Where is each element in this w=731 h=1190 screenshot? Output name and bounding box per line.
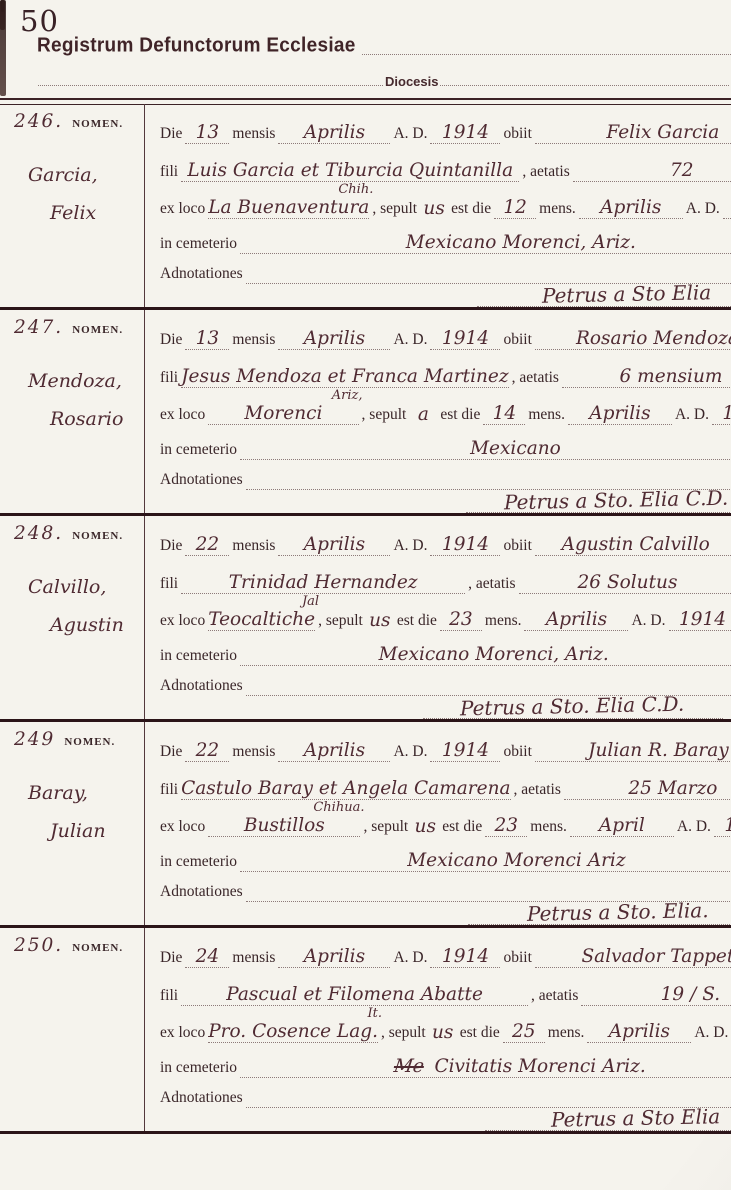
deceased-name-value: Rosario Mendoza [535, 328, 731, 350]
parents-value: Trinidad Hernandez [181, 572, 465, 594]
burial-month-value: Aprilis [524, 609, 628, 631]
ad-label: A. D. [674, 817, 714, 837]
burial-day-value: 12 [494, 197, 536, 219]
est-die-label: est die [437, 405, 483, 425]
sepult-label: , sepult [360, 817, 411, 837]
die-label: Die [157, 536, 185, 556]
entry-margin-column: 247. NOMEN. Mendoza, Rosario [0, 310, 145, 513]
title-blank-line [362, 53, 731, 55]
burial-month-value: Aprilis [587, 1021, 691, 1043]
ad-label: A. D. [390, 948, 430, 968]
entry-form-column: Die 24 mensis Aprilis A. D. 1914 obiit S… [145, 928, 731, 1131]
margin-name: Calvillo, Agustin [0, 568, 144, 644]
place-of-origin-superscript: Jal [302, 595, 319, 608]
in-cemeterio-label: in cemeterio [157, 646, 240, 666]
death-year-value: 1914 [430, 946, 500, 968]
mens-label: mens. [527, 817, 570, 837]
die-label: Die [157, 330, 185, 350]
death-date-line: Die 22 mensis Aprilis A. D. 1914 obiit A… [157, 524, 731, 556]
place-of-origin-value: Pro. Cosence Lag. It. [208, 1021, 378, 1043]
ex-loco-label: ex loco [157, 199, 208, 219]
signature-line: Petrus a Sto. Elia C.D. [157, 490, 731, 513]
sepult-label: , sepult [359, 405, 410, 425]
entry-margin-column: 246. NOMEN. Garcia, Felix [0, 104, 145, 307]
parents-line: fili Jesus Mendoza et Franca Martinez , … [157, 350, 731, 387]
place-of-origin-text: Bustillos [244, 815, 325, 836]
ad-label: A. D. [683, 199, 723, 219]
ex-loco-label: ex loco [157, 1023, 208, 1043]
margin-name: Garcia, Felix [0, 156, 144, 232]
nomen-row: 246. NOMEN. [0, 111, 144, 132]
place-of-origin-superscript: It. [367, 1007, 382, 1020]
ex-loco-label: ex loco [157, 611, 208, 631]
death-month-value: Aprilis [278, 946, 390, 968]
entry-form-column: Die 13 mensis Aprilis A. D. 1914 obiit F… [145, 104, 731, 307]
nomen-row: 249 NOMEN. [0, 729, 144, 750]
entry-margin-column: 250. NOMEN. [0, 928, 145, 1131]
ad-label: A. D. [691, 1023, 731, 1043]
burial-line: ex loco Pro. Cosence Lag. It. , sepult u… [157, 1006, 731, 1043]
deceased-name-value: Julian R. Baray [535, 740, 731, 762]
burial-year-value: 1914 [712, 403, 731, 425]
fili-label: fili [157, 780, 181, 800]
burial-month-value: Aprilis [579, 197, 683, 219]
adnotationes-line: Adnotationes [157, 254, 731, 284]
diocesis-row: Diocesis [38, 74, 729, 89]
signature-blank: Petrus a Sto Elia [485, 1108, 731, 1131]
nomen-label: NOMEN. [72, 942, 123, 954]
sepult-ending-value: us [411, 816, 439, 837]
age-value: 25 Marzo [564, 778, 731, 800]
scan-artifact [2, 0, 4, 8]
diocesis-label: Diocesis [385, 74, 438, 89]
mensis-label: mensis [229, 124, 278, 144]
entry-number: 250. [14, 935, 63, 956]
cemetery-value: Mexicano [240, 438, 731, 460]
signature-blank: Petrus a Sto Elia [477, 284, 731, 307]
burial-day-value: 25 [503, 1021, 545, 1043]
place-of-origin-text: Morenci [244, 403, 322, 424]
adnotationes-label: Adnotationes [157, 676, 246, 696]
signature-line: Petrus a Sto. Elia. [157, 902, 731, 925]
death-month-value: Aprilis [278, 122, 390, 144]
obiit-label: obiit [500, 536, 534, 556]
adnotationes-label: Adnotationes [157, 264, 246, 284]
parents-value: Castulo Baray et Angela Camarena [181, 778, 510, 800]
parents-line: fili Castulo Baray et Angela Camarena , … [157, 762, 731, 799]
sepult-ending-value: us [366, 610, 394, 631]
sepult-label: , sepult [378, 1023, 429, 1043]
parents-value: Jesus Mendoza et Franca Martinez [181, 366, 509, 388]
die-label: Die [157, 742, 185, 762]
margin-firstname: Rosario [0, 400, 144, 438]
age-value: 72 [573, 160, 731, 182]
aetatis-label: , aetatis [511, 780, 564, 800]
adnotationes-label: Adnotationes [157, 882, 246, 902]
nomen-label: NOMEN. [72, 324, 123, 336]
death-year-value: 1914 [430, 328, 500, 350]
death-date-line: Die 24 mensis Aprilis A. D. 1914 obiit S… [157, 936, 731, 968]
signature-line: Petrus a Sto Elia [157, 284, 731, 307]
entry-margin-column: 249 NOMEN. Baray, Julian [0, 722, 145, 925]
death-month-value: Aprilis [278, 328, 390, 350]
death-day-value: 13 [185, 328, 229, 350]
burial-day-value: 23 [485, 815, 527, 837]
mens-label: mens. [482, 611, 525, 631]
death-month-value: Aprilis [278, 534, 390, 556]
signature-blank: Petrus a Sto. Elia C.D. [423, 696, 723, 719]
in-cemeterio-label: in cemeterio [157, 234, 240, 254]
sepult-label: , sepult [369, 199, 420, 219]
margin-surname: Calvillo, [0, 568, 144, 606]
margin-firstname: Agustin [0, 606, 144, 644]
cemetery-text: Mexicano Morenci Ariz [407, 850, 625, 871]
est-die-label: est die [457, 1023, 503, 1043]
parents-value: Pascual et Filomena Abatte [181, 984, 528, 1006]
parents-value: Luis Garcia et Tiburcia Quintanilla [181, 160, 519, 182]
nomen-row: 247. NOMEN. [0, 317, 144, 338]
margin-name: Mendoza, Rosario [0, 362, 144, 438]
nomen-row: 248. NOMEN. [0, 523, 144, 544]
in-cemeterio-label: in cemeterio [157, 852, 240, 872]
register-entry: 246. NOMEN. Garcia, Felix Die 13 mensis … [0, 104, 731, 310]
place-of-origin-value: Bustillos Chihua. [208, 815, 360, 837]
ad-label: A. D. [390, 330, 430, 350]
fili-label: fili [157, 574, 181, 594]
register-entry: 249 NOMEN. Baray, Julian Die 22 mensis A… [0, 722, 731, 928]
burial-month-value: Aprilis [568, 403, 672, 425]
adnotationes-line: Adnotationes [157, 872, 731, 902]
cemetery-text: Civitatis Morenci Ariz. [434, 1056, 645, 1077]
death-year-value: 1914 [430, 740, 500, 762]
place-of-origin-value: La Buenaventura Chih. [208, 197, 369, 219]
entry-form-column: Die 13 mensis Aprilis A. D. 1914 obiit R… [145, 310, 731, 513]
ad-label: A. D. [390, 536, 430, 556]
burial-line: ex loco Teocaltiche Jal , sepult us est … [157, 594, 731, 631]
entry-form-column: Die 22 mensis Aprilis A. D. 1914 obiit J… [145, 722, 731, 925]
priest-signature: Petrus a Sto Elia [542, 282, 712, 308]
fili-label: fili [157, 162, 181, 182]
cemetery-line: in cemeterio Mexicano Morenci, Ariz. [157, 219, 731, 254]
diocesis-blank-right [440, 84, 729, 86]
mensis-label: mensis [229, 948, 278, 968]
signature-line: Petrus a Sto Elia [157, 1108, 731, 1131]
death-day-value: 22 [185, 534, 229, 556]
entries: 246. NOMEN. Garcia, Felix Die 13 mensis … [0, 104, 731, 1134]
burial-line: ex loco Morenci Ariz, , sepult a est die… [157, 388, 731, 425]
deceased-name-value: Felix Garcia [535, 122, 731, 144]
deceased-name-value: Salvador Tappetta [535, 946, 731, 968]
obiit-label: obiit [500, 742, 534, 762]
sepult-ending-value: us [420, 198, 448, 219]
register-entry: 248. NOMEN. Calvillo, Agustin Die 22 men… [0, 516, 731, 722]
parents-line: fili Trinidad Hernandez , aetatis 26 Sol… [157, 556, 731, 593]
death-year-value: 1914 [430, 534, 500, 556]
margin-surname: Garcia, [0, 156, 144, 194]
signature-line: Petrus a Sto. Elia C.D. [157, 696, 731, 719]
page-title: Registrum Defunctorum Ecclesiae [37, 34, 356, 58]
est-die-label: est die [394, 611, 440, 631]
priest-signature: Petrus a Sto. Elia C.D. [460, 694, 685, 721]
cemetery-value: Mexicano Morenci Ariz [240, 850, 731, 872]
death-month-value: Aprilis [278, 740, 390, 762]
register-entry: 250. NOMEN. Die 24 mensis Aprilis A. D. … [0, 928, 731, 1134]
age-value: 26 Solutus [519, 572, 731, 594]
burial-line: ex loco Bustillos Chihua. , sepult us es… [157, 800, 731, 837]
age-value: 19 / S. [581, 984, 731, 1006]
death-day-value: 13 [185, 122, 229, 144]
cemetery-strikethrough-text: Me [392, 1056, 425, 1077]
die-label: Die [157, 948, 185, 968]
place-of-origin-value: Teocaltiche Jal [208, 609, 315, 631]
signature-blank: Petrus a Sto. Elia C.D. [466, 490, 731, 513]
in-cemeterio-label: in cemeterio [157, 440, 240, 460]
parents-line: fili Pascual et Filomena Abatte , aetati… [157, 968, 731, 1005]
margin-surname: Mendoza, [0, 362, 144, 400]
cemetery-value: Mexicano Morenci, Ariz. [240, 644, 731, 666]
mens-label: mens. [545, 1023, 588, 1043]
burial-year-value: 1914 [714, 815, 731, 837]
page-number: 50 [20, 4, 59, 38]
diocesis-blank-left [38, 84, 383, 86]
death-date-line: Die 13 mensis Aprilis A. D. 1914 obiit R… [157, 318, 731, 350]
cemetery-line: in cemeterio Me Civitatis Morenci Ariz. [157, 1043, 731, 1078]
priest-signature: Petrus a Sto. Elia. [527, 900, 709, 926]
register-scan-page: 50 Registrum Defunctorum Ecclesiae Dioce… [0, 0, 731, 1190]
death-year-value: 1914 [430, 122, 500, 144]
adnotationes-label: Adnotationes [157, 1088, 246, 1108]
adnotationes-line: Adnotationes [157, 460, 731, 490]
entry-number: 249 [14, 729, 55, 750]
cemetery-line: in cemeterio Mexicano Morenci Ariz [157, 837, 731, 872]
place-of-origin-text: La Buenaventura [208, 197, 369, 218]
signature-blank: Petrus a Sto. Elia. [468, 902, 731, 925]
adnotationes-label: Adnotationes [157, 470, 246, 490]
scan-artifact [0, 0, 6, 96]
place-of-origin-superscript: Chih. [338, 183, 373, 196]
burial-month-value: April [570, 815, 674, 837]
cemetery-line: in cemeterio Mexicano Morenci, Ariz. [157, 631, 731, 666]
mens-label: mens. [525, 405, 568, 425]
burial-year-value: 1914 [723, 197, 731, 219]
burial-day-value: 23 [440, 609, 482, 631]
register-entry: 247. NOMEN. Mendoza, Rosario Die 13 mens… [0, 310, 731, 516]
place-of-origin-superscript: Chihua. [313, 801, 364, 814]
ad-label: A. D. [672, 405, 712, 425]
sepult-ending-value: a [409, 404, 437, 425]
obiit-label: obiit [500, 124, 534, 144]
est-die-label: est die [448, 199, 494, 219]
in-cemeterio-label: in cemeterio [157, 1058, 240, 1078]
adnotationes-line: Adnotationes [157, 1078, 731, 1108]
aetatis-label: , aetatis [528, 986, 581, 1006]
ex-loco-label: ex loco [157, 817, 208, 837]
sepult-label: , sepult [315, 611, 366, 631]
burial-day-value: 14 [483, 403, 525, 425]
nomen-row: 250. NOMEN. [0, 935, 144, 956]
mensis-label: mensis [229, 536, 278, 556]
margin-firstname: Julian [0, 812, 144, 850]
ex-loco-label: ex loco [157, 405, 208, 425]
death-day-value: 22 [185, 740, 229, 762]
priest-signature: Petrus a Sto. Elia C.D. [504, 488, 729, 515]
obiit-label: obiit [500, 330, 534, 350]
entry-margin-column: 248. NOMEN. Calvillo, Agustin [0, 516, 145, 719]
mens-label: mens. [536, 199, 579, 219]
margin-name: Baray, Julian [0, 774, 144, 850]
obiit-label: obiit [500, 948, 534, 968]
cemetery-value: Mexicano Morenci, Ariz. [240, 232, 731, 254]
entry-number: 246. [14, 111, 63, 132]
sepult-ending-value: us [429, 1022, 457, 1043]
place-of-origin-value: Morenci Ariz, [208, 403, 358, 425]
deceased-name-value: Agustin Calvillo [535, 534, 731, 556]
mensis-label: mensis [229, 742, 278, 762]
est-die-label: est die [439, 817, 485, 837]
entry-form-column: Die 22 mensis Aprilis A. D. 1914 obiit A… [145, 516, 731, 719]
fili-label: fili [157, 986, 181, 1006]
age-value: 6 mensium [562, 366, 731, 388]
ad-label: A. D. [628, 611, 668, 631]
death-date-line: Die 13 mensis Aprilis A. D. 1914 obiit F… [157, 112, 731, 144]
aetatis-label: , aetatis [509, 368, 562, 388]
burial-year-value: 1914 [669, 609, 731, 631]
margin-firstname: Felix [0, 194, 144, 232]
fili-label: fili [157, 368, 181, 388]
cemetery-text: Mexicano Morenci, Ariz. [379, 644, 609, 665]
ad-label: A. D. [390, 742, 430, 762]
cemetery-text: Mexicano Morenci, Ariz. [406, 232, 636, 253]
entry-number: 248. [14, 523, 63, 544]
ad-label: A. D. [390, 124, 430, 144]
priest-signature: Petrus a Sto Elia [551, 1106, 721, 1132]
burial-line: ex loco La Buenaventura Chih. , sepult u… [157, 182, 731, 219]
mensis-label: mensis [229, 330, 278, 350]
margin-surname: Baray, [0, 774, 144, 812]
cemetery-text: Mexicano [470, 438, 561, 459]
entry-number: 247. [14, 317, 63, 338]
die-label: Die [157, 124, 185, 144]
nomen-label: NOMEN. [64, 736, 115, 748]
parents-line: fili Luis Garcia et Tiburcia Quintanilla… [157, 144, 731, 181]
title-row: Registrum Defunctorum Ecclesiae [37, 36, 731, 58]
death-date-line: Die 22 mensis Aprilis A. D. 1914 obiit J… [157, 730, 731, 762]
nomen-label: NOMEN. [72, 118, 123, 130]
place-of-origin-text: Pro. Cosence Lag. [208, 1021, 378, 1042]
death-day-value: 24 [185, 946, 229, 968]
aetatis-label: , aetatis [519, 162, 572, 182]
nomen-label: NOMEN. [72, 530, 123, 542]
aetatis-label: , aetatis [465, 574, 518, 594]
place-of-origin-superscript: Ariz, [332, 389, 363, 402]
cemetery-line: in cemeterio Mexicano [157, 425, 731, 460]
cemetery-value: Me Civitatis Morenci Ariz. [240, 1056, 731, 1078]
place-of-origin-text: Teocaltiche [208, 609, 315, 630]
